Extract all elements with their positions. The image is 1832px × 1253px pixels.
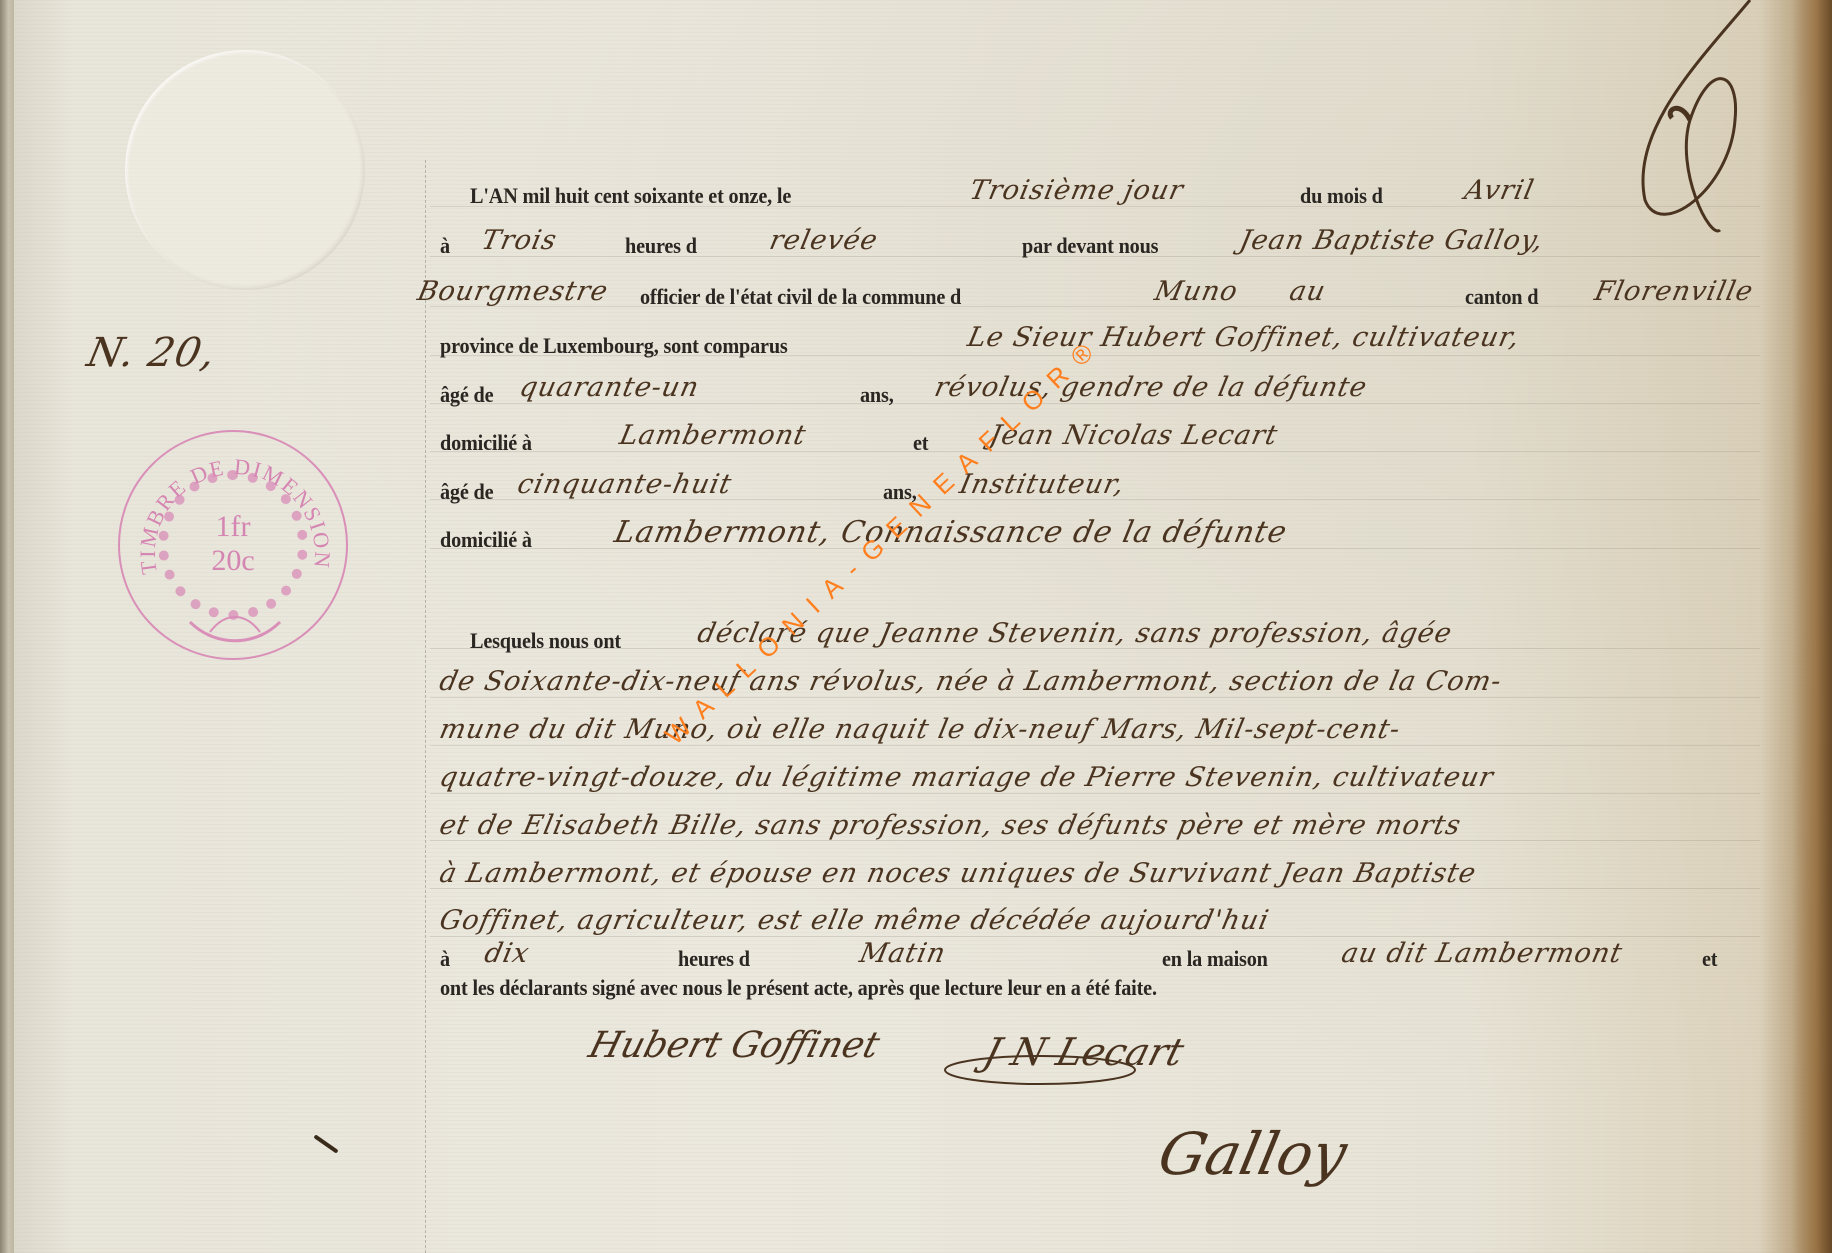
ruled-line bbox=[430, 306, 1760, 307]
ruled-line bbox=[430, 936, 1760, 937]
handwritten-text: Le Sieur Hubert Goffinet, cultivateur, bbox=[965, 322, 1523, 353]
handwritten-text: quatre-vingt-douze, du légitime mariage … bbox=[437, 762, 1497, 793]
handwritten-text: Jean Nicolas Lecart bbox=[987, 420, 1281, 451]
printed-text: province de Luxembourg, sont comparus bbox=[440, 333, 788, 359]
handwritten-text: révolus, gendre de la défunte bbox=[932, 372, 1370, 403]
margin-rule bbox=[425, 160, 426, 1253]
printed-text: domicilié à bbox=[440, 430, 532, 456]
stamp-value-centimes: 20c bbox=[120, 544, 346, 578]
corner-flourish-icon bbox=[1620, 0, 1760, 240]
handwritten-text: Trois bbox=[479, 225, 560, 256]
printed-text: en la maison bbox=[1162, 946, 1268, 972]
handwritten-text: Lambermont, Connaissance de la défunte bbox=[611, 515, 1290, 550]
ruled-line bbox=[430, 451, 1760, 452]
printed-text: officier de l'état civil de la commune d bbox=[640, 284, 961, 310]
printed-text: Lesquels nous ont bbox=[470, 628, 621, 654]
tax-stamp: TIMBRE DE DIMENSION 1fr 20c bbox=[118, 430, 348, 660]
page-binding bbox=[0, 0, 14, 1253]
handwritten-text: Avril bbox=[1462, 175, 1537, 206]
printed-text: heures d bbox=[625, 233, 697, 259]
printed-text: heures d bbox=[678, 946, 750, 972]
printed-text: canton d bbox=[1465, 284, 1538, 310]
handwritten-text: et de Elisabeth Bille, sans profession, … bbox=[437, 810, 1464, 841]
printed-text: par devant nous bbox=[1022, 233, 1158, 259]
handwritten-text: relevée bbox=[767, 225, 881, 256]
printed-text: âgé de bbox=[440, 382, 493, 408]
handwritten-text: cinquante-huit bbox=[515, 469, 735, 500]
printed-text: domicilié à bbox=[440, 527, 532, 553]
page-edge-stain bbox=[1792, 0, 1832, 1253]
ruled-line bbox=[430, 745, 1760, 746]
ruled-line bbox=[430, 793, 1760, 794]
ruled-line bbox=[430, 403, 1760, 404]
handwritten-text: mune du dit Muno, où elle naquit le dix-… bbox=[437, 714, 1404, 745]
printed-text: ans, bbox=[860, 382, 894, 408]
handwritten-text: de Soixante-dix-neuf ans révolus, née à … bbox=[437, 666, 1505, 697]
handwritten-text: Bourgmestre bbox=[415, 276, 611, 307]
signature-galloy: Galloy bbox=[1153, 1120, 1353, 1188]
printed-text: et bbox=[913, 430, 928, 456]
signature-goffinet: Hubert Goffinet bbox=[585, 1025, 884, 1066]
handwritten-text: Troisième jour bbox=[967, 175, 1187, 206]
handwritten-text: à Lambermont, et épouse en noces uniques… bbox=[437, 858, 1480, 889]
act-number: N. 20, bbox=[83, 330, 220, 376]
document-page: N. 20, D TIMBRE DE DIMENSION 1fr 20c L'A… bbox=[0, 0, 1832, 1253]
handwritten-text: quarante-un bbox=[517, 372, 702, 403]
handwritten-text: au dit Lambermont bbox=[1339, 938, 1626, 969]
printed-text: âgé de bbox=[440, 479, 493, 505]
handwritten-text: dix bbox=[482, 938, 533, 969]
printed-text: ont les déclarants signé avec nous le pr… bbox=[440, 975, 1157, 1001]
printed-text: à bbox=[440, 946, 450, 972]
printed-text: L'AN mil huit cent soixante et onze, le bbox=[470, 183, 791, 209]
handwritten-text: Matin bbox=[857, 938, 949, 969]
ink-mark bbox=[313, 1134, 338, 1153]
stamp-value-francs: 1fr bbox=[120, 510, 346, 544]
ruled-line bbox=[430, 697, 1760, 698]
signature-flourish-icon bbox=[940, 1045, 1140, 1105]
printed-text: du mois d bbox=[1300, 183, 1383, 209]
handwritten-text: au bbox=[1287, 276, 1329, 307]
handwritten-text: Muno bbox=[1152, 276, 1241, 307]
printed-text: à bbox=[440, 233, 450, 259]
printed-text: et bbox=[1702, 946, 1717, 972]
handwritten-text: Florenville bbox=[1592, 276, 1757, 307]
handwritten-text: Lambermont bbox=[617, 420, 809, 451]
handwritten-text: Instituteur, bbox=[957, 469, 1128, 500]
embossed-seal bbox=[125, 50, 365, 290]
handwritten-text: Goffinet, agriculteur, est elle même déc… bbox=[437, 905, 1272, 936]
handwritten-text: Jean Baptiste Galloy, bbox=[1237, 225, 1547, 256]
